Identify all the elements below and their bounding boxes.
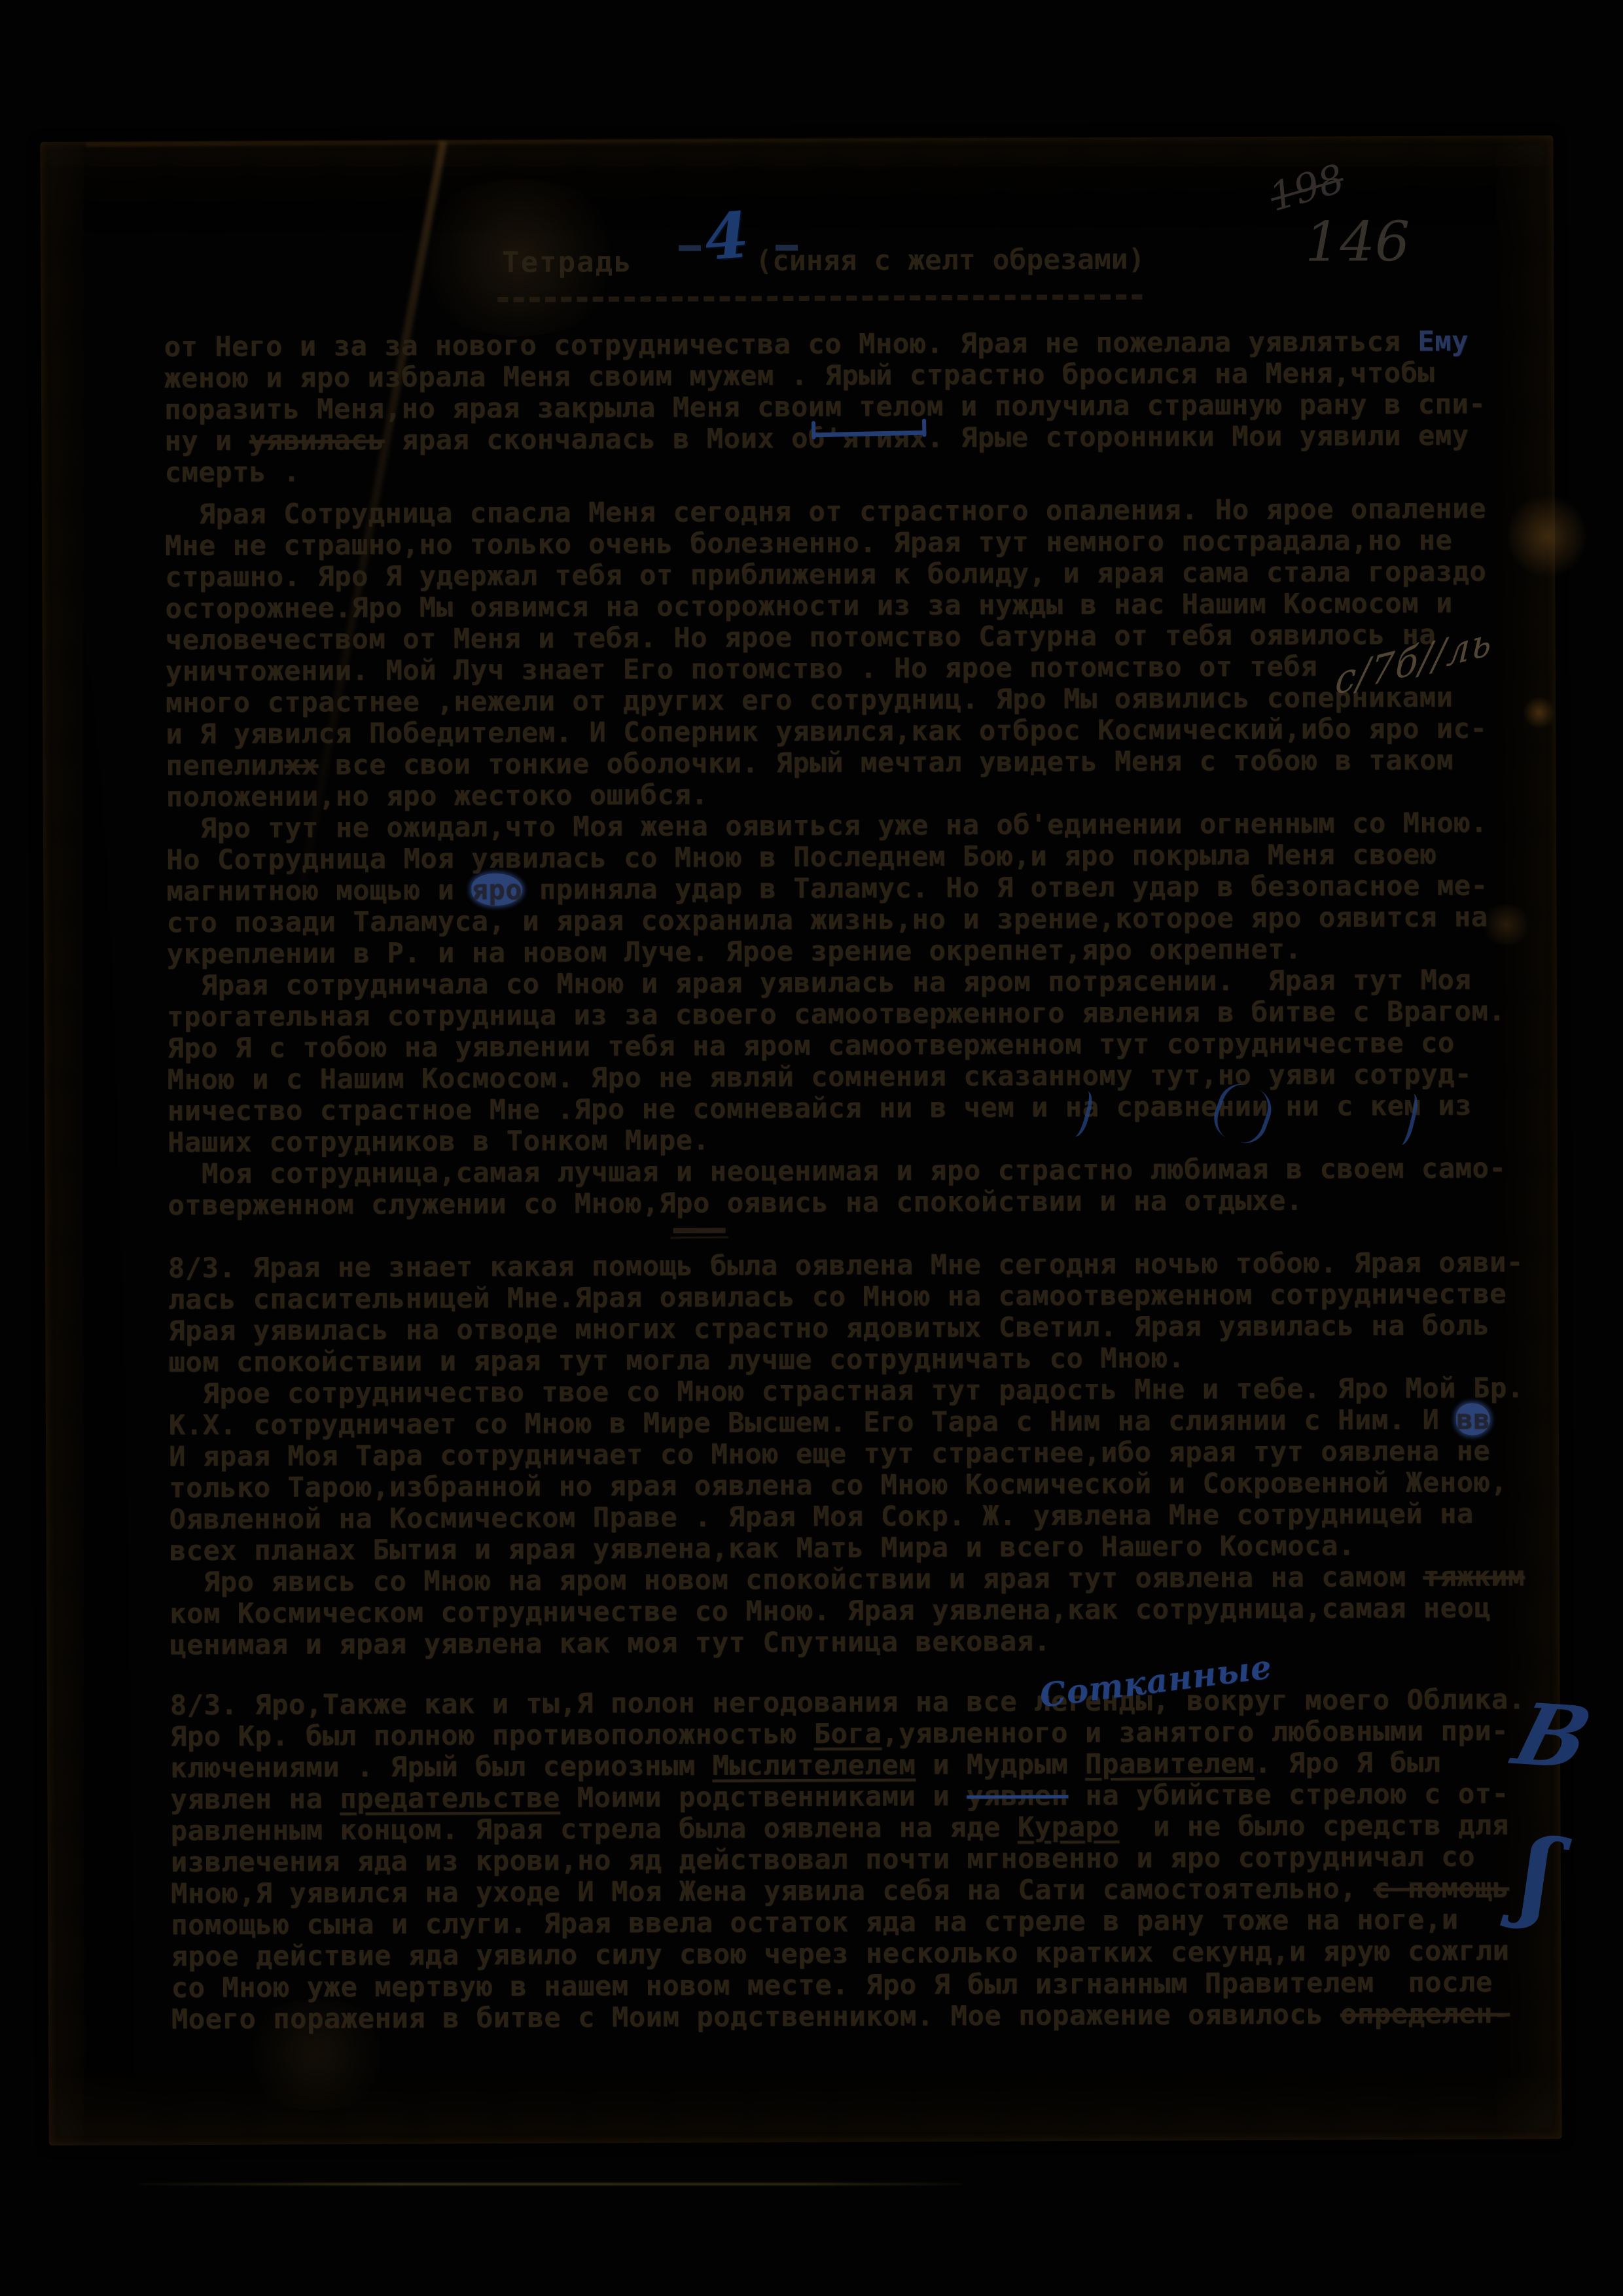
typed-line: пепелилхх все свои тонкие оболочки. Ярый…: [166, 744, 1546, 781]
typed-line: Ярая уявилась на отводе многих страстно …: [168, 1309, 1549, 1347]
typed-line: Моего поражения в битве с Моим родственн…: [171, 1998, 1552, 2035]
typewritten-page: 4 198 146 Тетрадь (синяя с желт обрезами…: [40, 135, 1561, 2146]
document-title: Тетрадь: [502, 245, 633, 279]
paragraph: Ярая сотрудничала со Мною и ярая уявилас…: [167, 964, 1548, 1158]
paragraph: Моя сотрудница,самая лучшая и неоценимая…: [168, 1152, 1548, 1221]
handwritten-page-number: 4: [702, 198, 751, 275]
paragraph: Ярая Сотрудница спасла Меня сегодня от с…: [165, 493, 1547, 813]
typed-line: Моя сотрудница,самая лучшая и неоценимая…: [168, 1152, 1548, 1190]
scanned-photo: 4 198 146 Тетрадь (синяя с желт обрезами…: [0, 0, 1623, 2296]
paragraph: от Него и за за нового сотрудничества со…: [164, 325, 1546, 488]
typed-line: ценимая и ярая уявлена как моя тут Спутн…: [169, 1623, 1550, 1661]
paragraph: Яро тут не ожидал,что Моя жена оявиться …: [166, 807, 1548, 970]
typed-line: человечеством от Меня и тебя. Но ярое по…: [166, 618, 1546, 656]
typed-line: ком Космическом сотрудничестве со Мною. …: [169, 1592, 1550, 1629]
section-divider: [168, 1215, 1549, 1252]
document-title-note: (синяя с желт обрезами): [755, 243, 1145, 278]
typed-dash: [679, 245, 701, 251]
typed-line: ничество страстное Мне .Яро не сомневайс…: [168, 1089, 1548, 1127]
title-dashed-underline: [497, 294, 1142, 302]
blue-ink-bracket-mark: [811, 419, 927, 440]
scan-artifact-line: [139, 2183, 963, 2185]
typed-line: сто позади Таламуса, и ярая сохранила жи…: [166, 901, 1547, 938]
typed-body: от Него и за за нового сотрудничества со…: [164, 325, 1552, 2035]
folio-number: 146: [1305, 209, 1410, 274]
paper-top-edge-shadow: [86, 135, 1107, 147]
paragraph: Яро явись со Мною на яром новом спокойст…: [169, 1561, 1551, 1661]
paragraph: 8/3. Яро,Также как и ты,Я полон негодова…: [170, 1684, 1552, 2035]
paragraph: 8/3. Ярая не знает какая помощь была ояв…: [168, 1246, 1550, 1378]
paragraph: Ярое сотрудничество твое со Мною страстн…: [169, 1372, 1550, 1566]
typed-line: смерть .: [164, 451, 1545, 488]
